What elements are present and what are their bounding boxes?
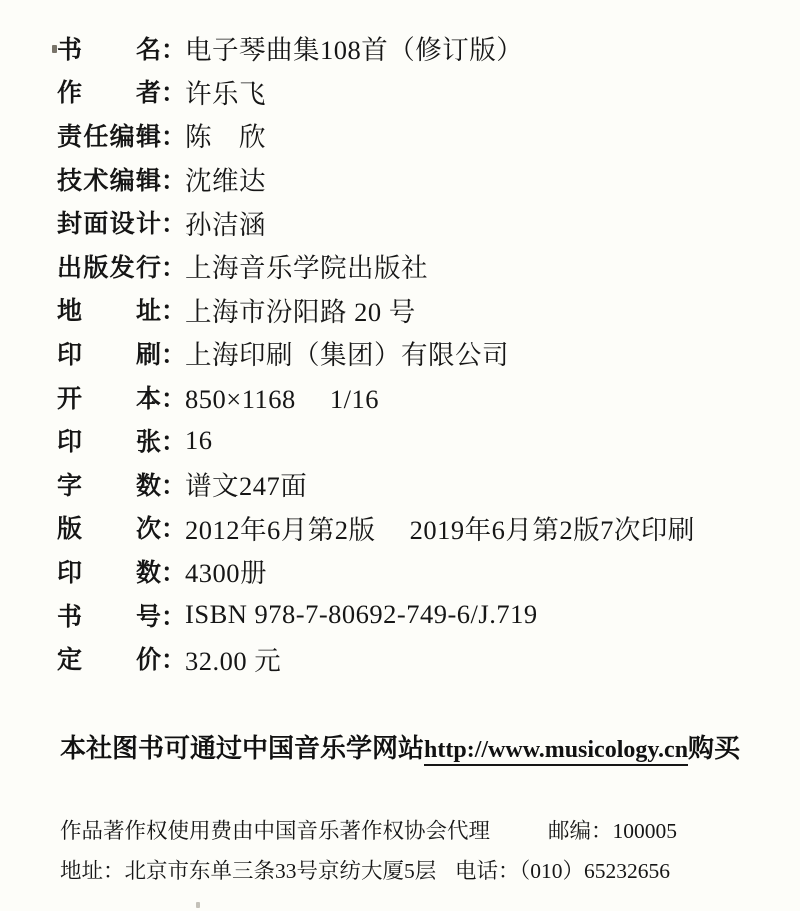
field-value: 850×1168 1/16 <box>185 377 379 416</box>
field-value: 上海音乐学院出版社 <box>185 246 428 285</box>
agency-address: 地址：北京市东单三条33号京纺大厦5层 <box>60 859 436 883</box>
field-label: 责任编辑 <box>57 117 161 153</box>
agency-statement: 作品著作权使用费由中国音乐著作权协会代理 <box>60 819 490 843</box>
colon: ： <box>161 597 185 633</box>
field-value: 4300册 <box>185 551 267 590</box>
agency-address-line: 地址：北京市东单三条33号京纺大厦5层 电话：（010）65232656 <box>60 851 770 891</box>
scan-speck <box>52 45 57 53</box>
postal-code-label: 邮编： <box>548 819 613 843</box>
colon: ： <box>161 73 185 109</box>
row-printed-sheets: 印张：16 <box>57 418 695 462</box>
purchase-notice-prefix: 本社图书可通过中国音乐学网站 <box>60 733 424 763</box>
field-label: 版次 <box>57 509 161 545</box>
row-executive-editor: 责任编辑：陈 欣 <box>57 113 695 157</box>
field-label: 地址 <box>57 291 161 327</box>
field-value: 上海印刷（集团）有限公司 <box>185 333 509 372</box>
field-value: 沈维达 <box>185 159 266 198</box>
field-value: 16 <box>185 425 213 456</box>
field-value: 电子琴曲集108首（修订版） <box>185 28 523 67</box>
colon: ： <box>161 422 185 458</box>
field-value: 陈 欣 <box>185 115 266 154</box>
row-publisher: 出版发行：上海音乐学院出版社 <box>57 244 695 288</box>
field-label: 印数 <box>57 553 161 589</box>
colon: ： <box>161 161 185 197</box>
field-value: 2012年6月第2版 2019年6月第2版7次印刷 <box>185 508 695 547</box>
copyright-agency-block: 作品著作权使用费由中国音乐著作权协会代理 邮编：100005 地址：北京市东单三… <box>60 811 770 891</box>
purchase-notice: 本社图书可通过中国音乐学网站http://www.musicology.cn购买 <box>60 728 740 765</box>
agency-phone-value: （010）65232656 <box>520 859 671 883</box>
row-cover-design: 封面设计：孙洁涵 <box>57 200 695 244</box>
row-format: 开本：850×1168 1/16 <box>57 375 695 419</box>
field-label: 作者 <box>57 73 161 109</box>
field-value: 孙洁涵 <box>185 203 266 242</box>
row-printer: 印刷：上海印刷（集团）有限公司 <box>57 331 695 375</box>
colophon-page: 书名：电子琴曲集108首（修订版） 作者：许乐飞 责任编辑：陈 欣 技术编辑：沈… <box>0 0 800 911</box>
field-label: 书号 <box>57 597 161 633</box>
row-isbn: 书号：ISBN 978-7-80692-749-6/J.719 <box>57 593 695 637</box>
field-label: 出版发行 <box>57 248 161 284</box>
row-technical-editor: 技术编辑：沈维达 <box>57 157 695 201</box>
colon: ： <box>161 291 185 327</box>
colon: ： <box>161 248 185 284</box>
field-label: 印刷 <box>57 335 161 371</box>
row-edition: 版次：2012年6月第2版 2019年6月第2版7次印刷 <box>57 506 695 550</box>
agency-phone: 电话：（010）65232656 <box>455 851 670 891</box>
colon: ： <box>161 640 185 676</box>
colon: ： <box>161 466 185 502</box>
field-label: 定价 <box>57 640 161 676</box>
postal-code: 邮编：100005 <box>548 811 677 851</box>
postal-code-value: 100005 <box>613 819 678 843</box>
agency-address-value: 北京市东单三条33号京纺大厦5层 <box>125 859 437 883</box>
row-address: 地址：上海市汾阳路 20 号 <box>57 288 695 332</box>
field-label: 印张 <box>57 422 161 458</box>
colon: ： <box>161 117 185 153</box>
field-value: 32.00 元 <box>185 639 281 678</box>
colon: ： <box>161 553 185 589</box>
colon: ： <box>161 30 185 66</box>
row-print-run: 印数：4300册 <box>57 549 695 593</box>
scan-speck <box>196 902 200 908</box>
row-author: 作者：许乐飞 <box>57 70 695 114</box>
colon: ： <box>161 204 185 240</box>
row-book-title: 书名：电子琴曲集108首（修订版） <box>57 26 695 70</box>
field-label: 开本 <box>57 379 161 415</box>
row-price: 定价：32.00 元 <box>57 636 695 680</box>
row-word-count: 字数：谱文247面 <box>57 462 695 506</box>
field-value: 谱文247面 <box>185 464 307 503</box>
colon: ： <box>161 509 185 545</box>
field-label: 书名 <box>57 30 161 66</box>
colon: ： <box>161 379 185 415</box>
field-label: 字数 <box>57 466 161 502</box>
colon: ： <box>161 335 185 371</box>
publication-info: 书名：电子琴曲集108首（修订版） 作者：许乐飞 责任编辑：陈 欣 技术编辑：沈… <box>57 26 695 680</box>
purchase-notice-suffix: 购买 <box>688 733 740 763</box>
field-label: 封面设计 <box>57 204 161 240</box>
website-url: http://www.musicology.cn <box>424 737 688 766</box>
field-label: 技术编辑 <box>57 161 161 197</box>
agency-phone-label: 电话： <box>455 859 520 883</box>
field-value: 许乐飞 <box>185 72 266 111</box>
agency-address-label: 地址： <box>60 859 125 883</box>
field-value: ISBN 978-7-80692-749-6/J.719 <box>185 599 538 630</box>
agency-statement-line: 作品著作权使用费由中国音乐著作权协会代理 邮编：100005 <box>60 811 770 851</box>
field-value: 上海市汾阳路 20 号 <box>185 290 416 329</box>
